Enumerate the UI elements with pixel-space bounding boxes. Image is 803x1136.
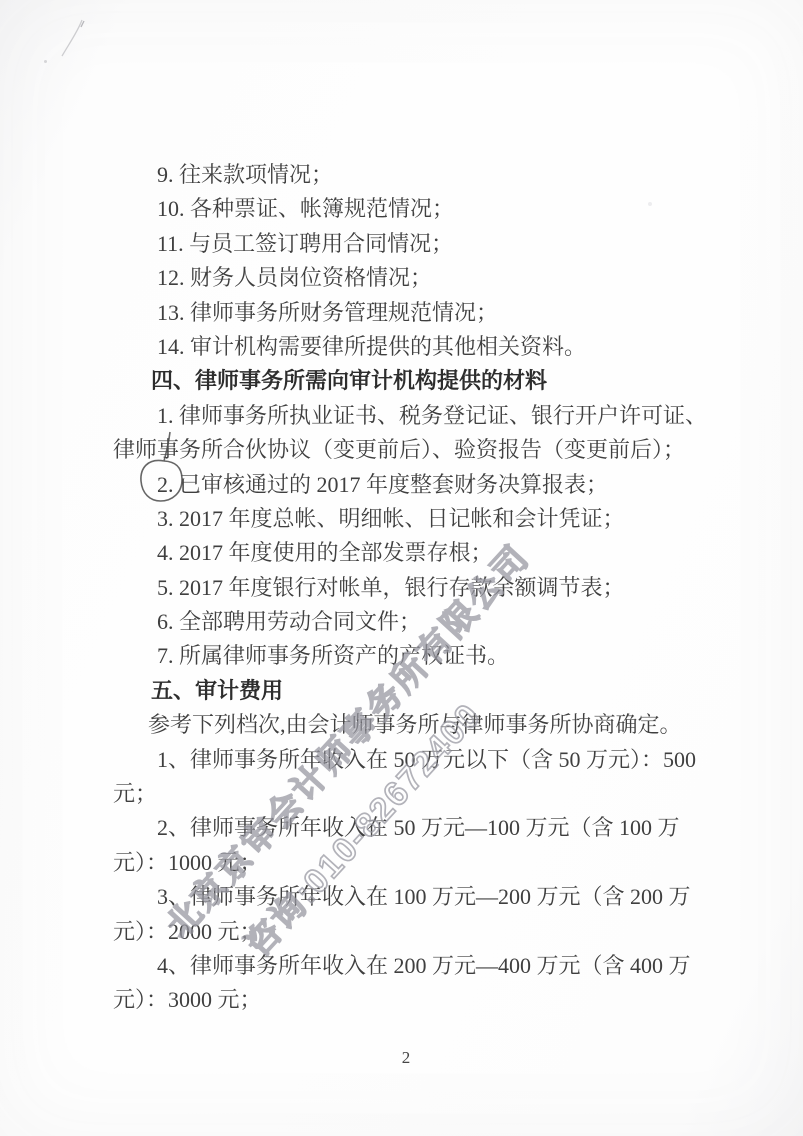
- page-number: 2: [113, 1048, 699, 1068]
- list-item-13: 13. 律师事务所财务管理规范情况；: [113, 296, 699, 330]
- fee-intro: 参考下列档次,由会计师事务所与律师事务所协商确定。: [113, 708, 699, 742]
- sec4-item-1: 1. 律师事务所执业证书、税务登记证、银行开户许可证、: [113, 399, 699, 433]
- sec4-item-6: 6. 全部聘用劳动合同文件；: [113, 605, 699, 639]
- fee-item-3-cont: 元）：2000 元；: [113, 915, 699, 949]
- fee-item-4: 4、律师事务所年收入在 200 万元—400 万元（含 400 万: [113, 949, 699, 983]
- list-item-14: 14. 审计机构需要律所提供的其他相关资料。: [113, 330, 699, 364]
- scanned-document-page: 9. 往来款项情况； 10. 各种票证、帐簿规范情况； 11. 与员工签订聘用合…: [0, 0, 803, 1136]
- fee-item-2: 2、律师事务所年收入在 50 万元—100 万元（含 100 万: [113, 811, 699, 845]
- scan-scratch-mark: [60, 18, 88, 58]
- section-heading-5: 五、审计费用: [113, 674, 699, 708]
- fee-item-1: 1、律师事务所年收入在 50 万元以下（含 50 万元）：500: [113, 743, 699, 777]
- sec4-item-7: 7. 所属律师事务所资产的产权证书。: [113, 639, 699, 673]
- sec4-item-2-text: 已审核通过的 2017 年度整套财务决算报表；: [174, 472, 609, 497]
- sec4-item-3: 3. 2017 年度总帐、明细帐、日记帐和会计凭证；: [113, 502, 699, 536]
- list-item-9: 9. 往来款项情况；: [113, 158, 699, 192]
- sec4-item-4: 4. 2017 年度使用的全部发票存根；: [113, 536, 699, 570]
- scan-speck: [44, 60, 47, 63]
- fee-item-3: 3、律师事务所年收入在 100 万元—200 万元（含 200 万: [113, 880, 699, 914]
- fee-item-2-cont: 元）：1000 元；: [113, 846, 699, 880]
- section-heading-4: 四、律师事务所需向审计机构提供的材料: [113, 364, 699, 398]
- list-item-11: 11. 与员工签订聘用合同情况；: [113, 227, 699, 261]
- document-body: 9. 往来款项情况； 10. 各种票证、帐簿规范情况； 11. 与员工签订聘用合…: [113, 158, 699, 1018]
- sec4-item-2: 2. 已审核通过的 2017 年度整套财务决算报表；: [113, 468, 699, 502]
- fee-item-4-cont: 元）：3000 元；: [113, 983, 699, 1017]
- list-item-12: 12. 财务人员岗位资格情况；: [113, 261, 699, 295]
- sec4-item-1-cont: 律师事务所合伙协议（变更前后）、验资报告（变更前后）；: [113, 433, 699, 467]
- fee-item-1-cont: 元；: [113, 777, 699, 811]
- handwritten-circle-annotation: 2.: [157, 468, 174, 502]
- sec4-item-5: 5. 2017 年度银行对帐单，银行存款余额调节表；: [113, 571, 699, 605]
- list-item-10: 10. 各种票证、帐簿规范情况；: [113, 192, 699, 226]
